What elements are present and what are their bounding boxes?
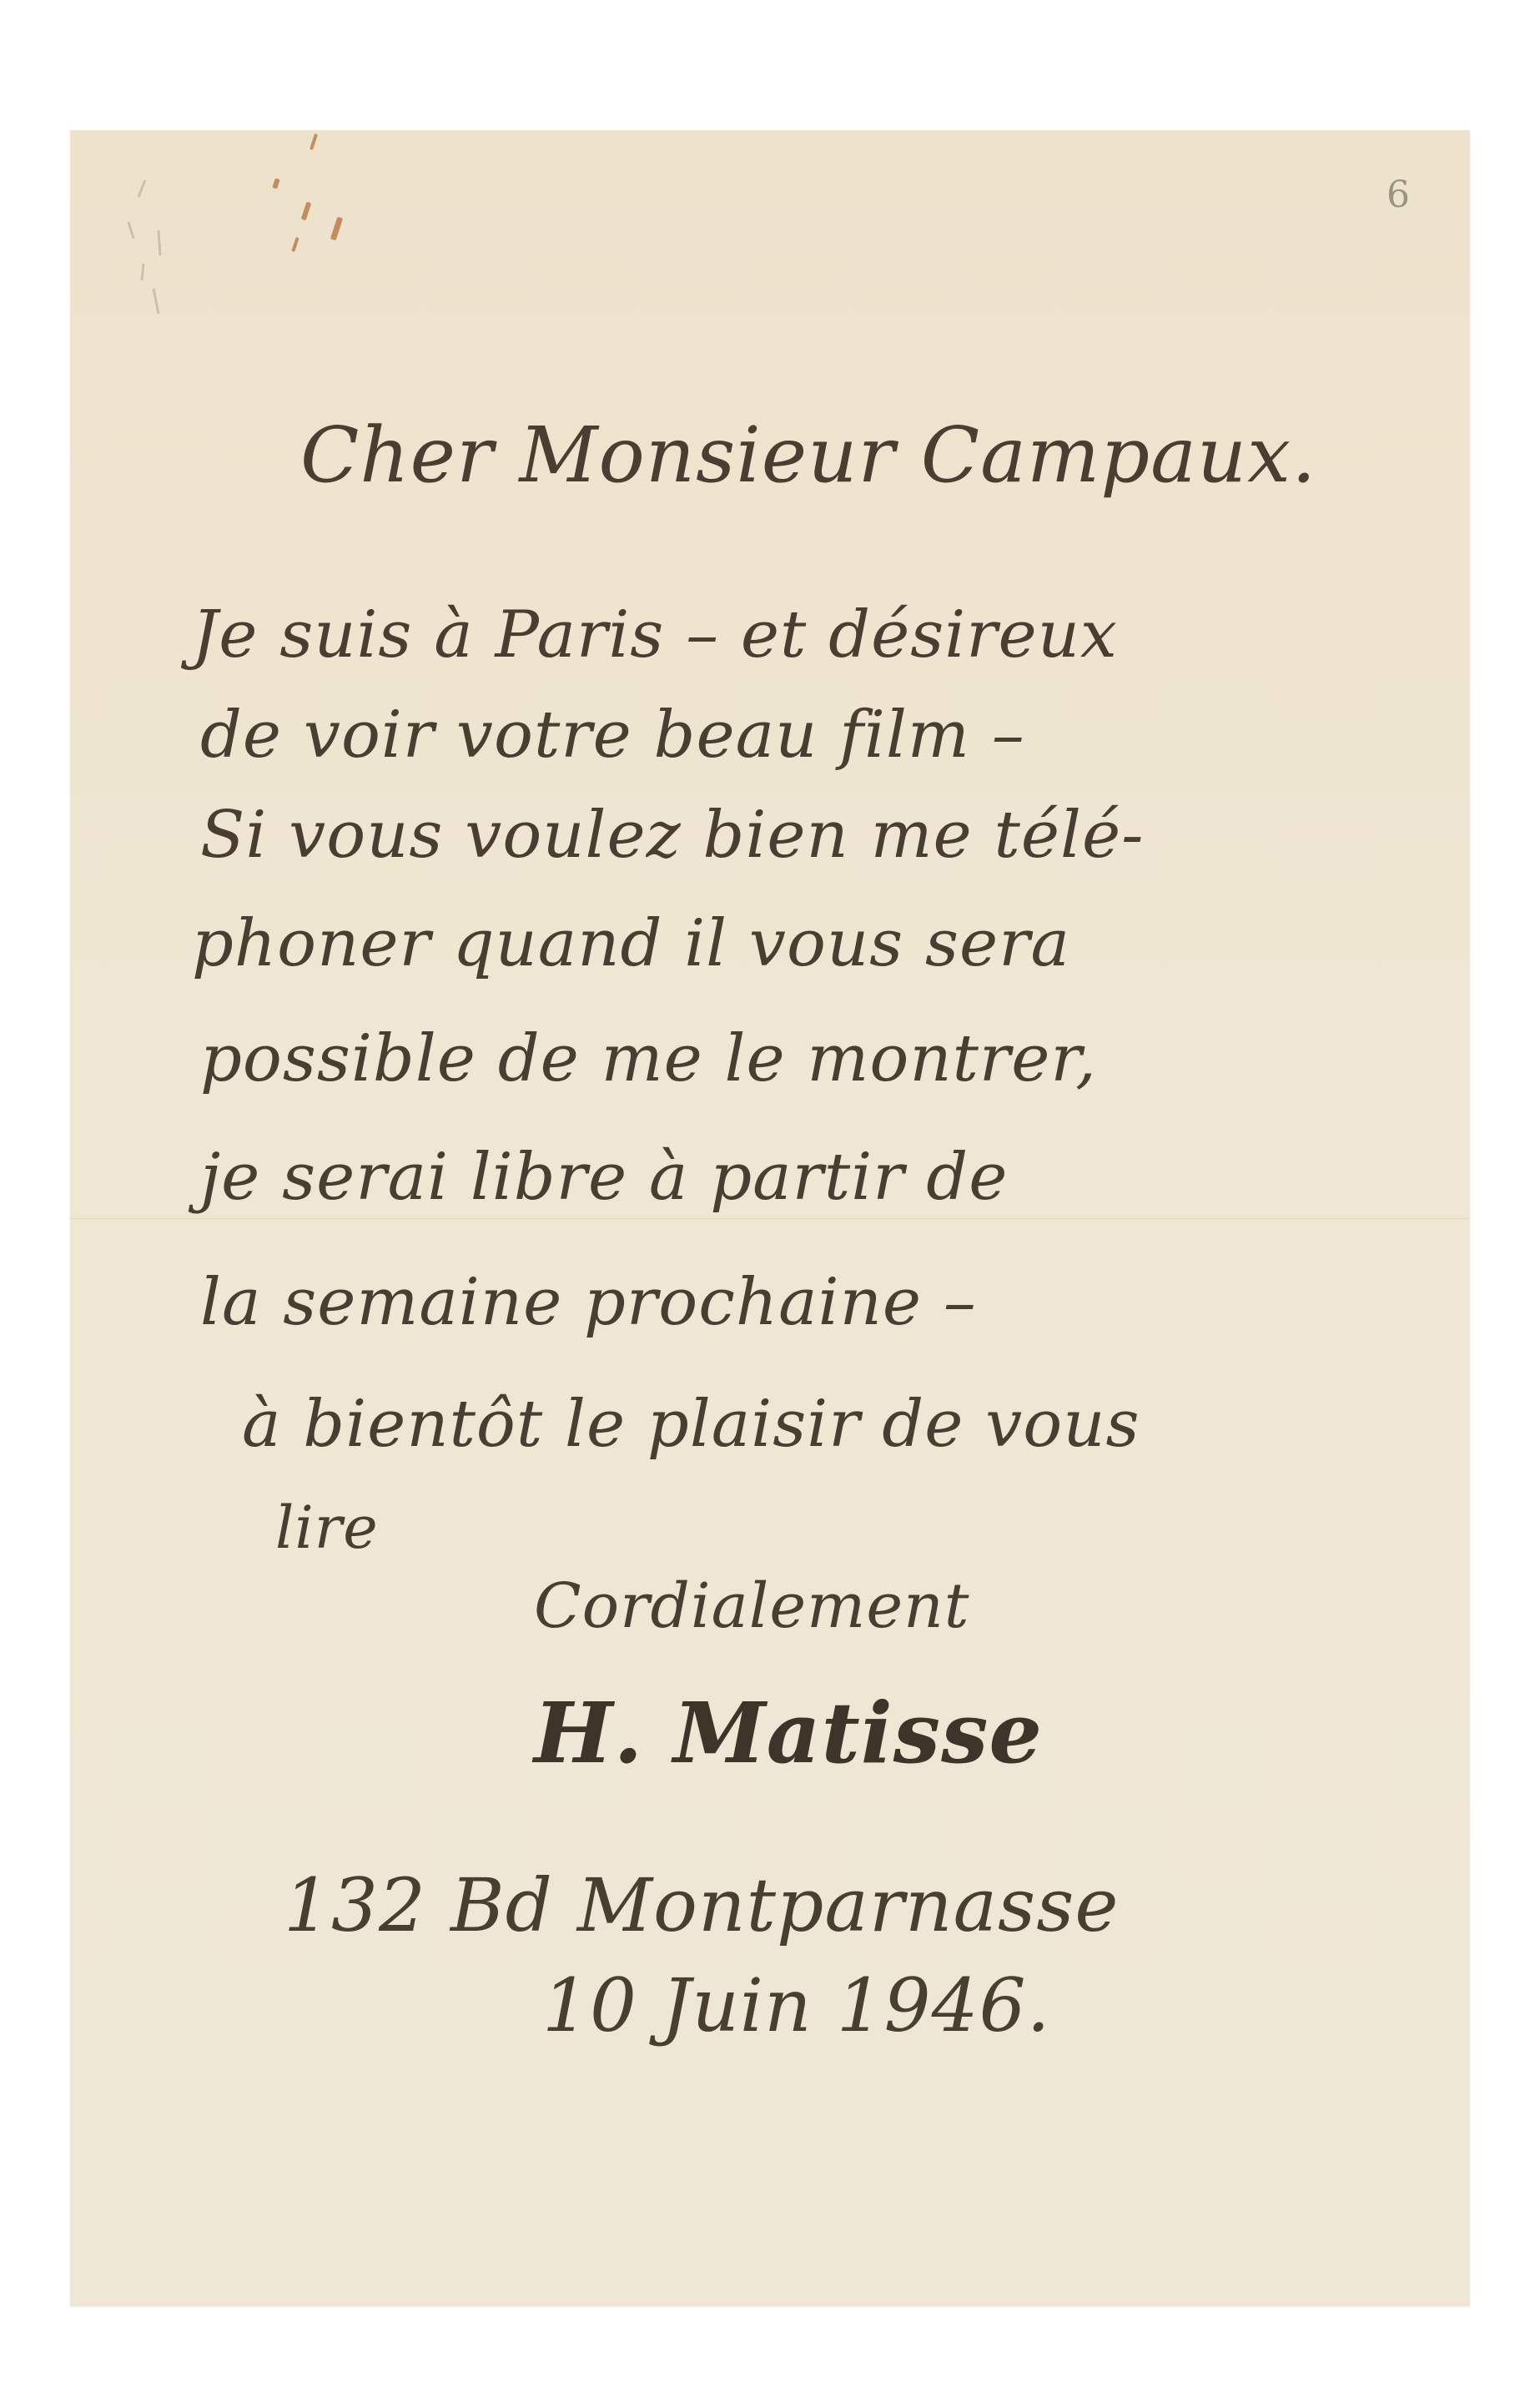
- letter-date: 10 Juin 1946.: [542, 1962, 1051, 2048]
- body-line: possible de me le montrer,: [200, 1021, 1097, 1096]
- signature: H. Matisse: [534, 1684, 1043, 1782]
- closing: Cordialement: [534, 1570, 970, 1642]
- page-number: 6: [1387, 174, 1410, 216]
- body-line: Si vous voulez bien me télé-: [200, 798, 1144, 873]
- salutation: Cher Monsieur Campaux.: [300, 411, 1316, 500]
- body-line: la semaine prochaine –: [200, 1265, 977, 1340]
- rust-stain: [310, 133, 318, 150]
- body-line: à bientôt le plaisir de vous: [242, 1387, 1140, 1462]
- body-line: phoner quand il vous sera: [192, 906, 1070, 981]
- body-line: de voir votre beau film –: [200, 698, 1025, 773]
- body-line: Je suis à Paris – et désireux: [192, 597, 1118, 673]
- letter-paper: 6 Cher Monsieur Campaux. Je suis à Paris…: [70, 130, 1470, 2306]
- rust-stain: [291, 237, 299, 252]
- rust-stain: [272, 178, 279, 189]
- rust-stain: [301, 202, 312, 221]
- paper-fold-line: [70, 1218, 1470, 1219]
- rust-stain: [330, 217, 343, 241]
- sender-address: 132 Bd Montparnasse: [284, 1862, 1119, 1948]
- body-line: lire: [275, 1494, 379, 1562]
- pencil-annotation-marks: [112, 164, 212, 330]
- body-line: je serai libre à partir de: [200, 1140, 1008, 1215]
